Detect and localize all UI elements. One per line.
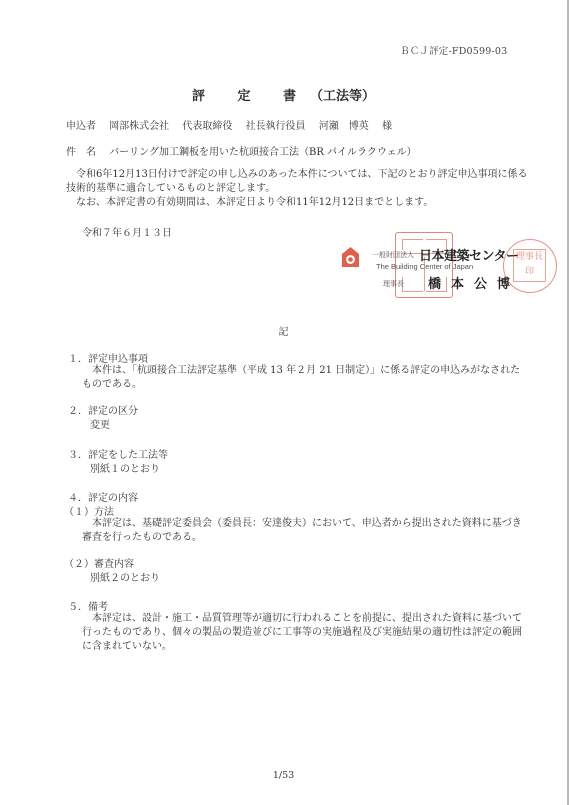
subject-label: 件 名	[66, 143, 96, 158]
item-4-2-body: 別紙２のとおり	[90, 569, 160, 584]
applicant-position2: 社長執行役員	[246, 121, 306, 132]
issue-date: 令和７年６月１３日	[82, 224, 172, 239]
applicant-row: 申込者 岡部株式会社 代表取締役 社長執行役員 河瀬 博英 様	[66, 117, 392, 132]
issuer-role: 理事長	[383, 279, 404, 289]
title-suffix: （工法等）	[310, 89, 375, 104]
intro-paragraph-1: 令和6年12月13日付けで評定の申し込みのあった本件については、下記のとおり評定…	[66, 168, 528, 196]
item-number: ２．	[68, 406, 88, 417]
item-number: ３．	[68, 450, 88, 461]
item-4-1-body: 本評定は、基礎評定委員会（委員長：安達俊夫）において、申込者から提出された資料に…	[82, 517, 528, 545]
item-2-heading: ２．評定の区分	[68, 402, 138, 417]
title-main: 評 定 書	[192, 89, 310, 104]
applicant-position1: 代表取締役	[182, 121, 232, 132]
applicant-honorific: 様	[382, 121, 392, 132]
document-page: ＢＣＪ評定-FD0599-03 評 定 書（工法等） 申込者 岡部株式会社 代表…	[0, 0, 569, 805]
item-3-body: 別紙１のとおり	[90, 460, 160, 475]
item-4-2-heading: （２）審査内容	[64, 555, 134, 570]
building-center-logo-icon	[342, 247, 359, 267]
issuer-name-english: The Building Center of Japan	[376, 262, 473, 271]
seal-round-text: 理事長印	[513, 249, 546, 282]
intro-paragraph-2: なお、本評定書の有効期間は、本評定日より令和11年12月12日までとします。	[66, 196, 528, 210]
document-number: ＢＣＪ評定-FD0599-03	[400, 43, 507, 57]
item-5-body: 本評定は、設計・施工・品質管理等が適切に行われることを前提に、提出された資料に基…	[82, 612, 528, 654]
document-title: 評 定 書（工法等）	[0, 85, 567, 104]
item-3-heading: ３．評定をした工法等	[68, 446, 168, 461]
applicant-company: 岡部株式会社	[109, 121, 169, 132]
item-1-body: 本件は、「杭頭接合工法評定基準（平成 13 年２月 21 日制定）」に係る評定の…	[82, 364, 522, 392]
ki-heading: 記	[0, 323, 567, 338]
applicant-label: 申込者	[66, 117, 96, 132]
item-5-heading: ５．備考	[68, 598, 108, 613]
official-seal-round: 理事長印	[503, 239, 557, 293]
page-number: 1/53	[0, 770, 567, 781]
item-1-heading: １．評定申込事項	[68, 350, 148, 365]
subject-value: バーリング加工鋼板を用いた杭頭接合工法（BR パイルラクウェル）	[109, 147, 416, 158]
applicant-name: 河瀬 博英	[319, 121, 369, 132]
item-4-heading: ４．評定の内容	[68, 489, 138, 504]
item-4-1-heading: （１）方法	[64, 503, 114, 518]
item-2-body: 変更	[90, 416, 110, 431]
subject-row: 件 名 バーリング加工鋼板を用いた杭頭接合工法（BR パイルラクウェル）	[66, 143, 417, 158]
issuer-kind: 一般財団法人	[372, 250, 414, 260]
